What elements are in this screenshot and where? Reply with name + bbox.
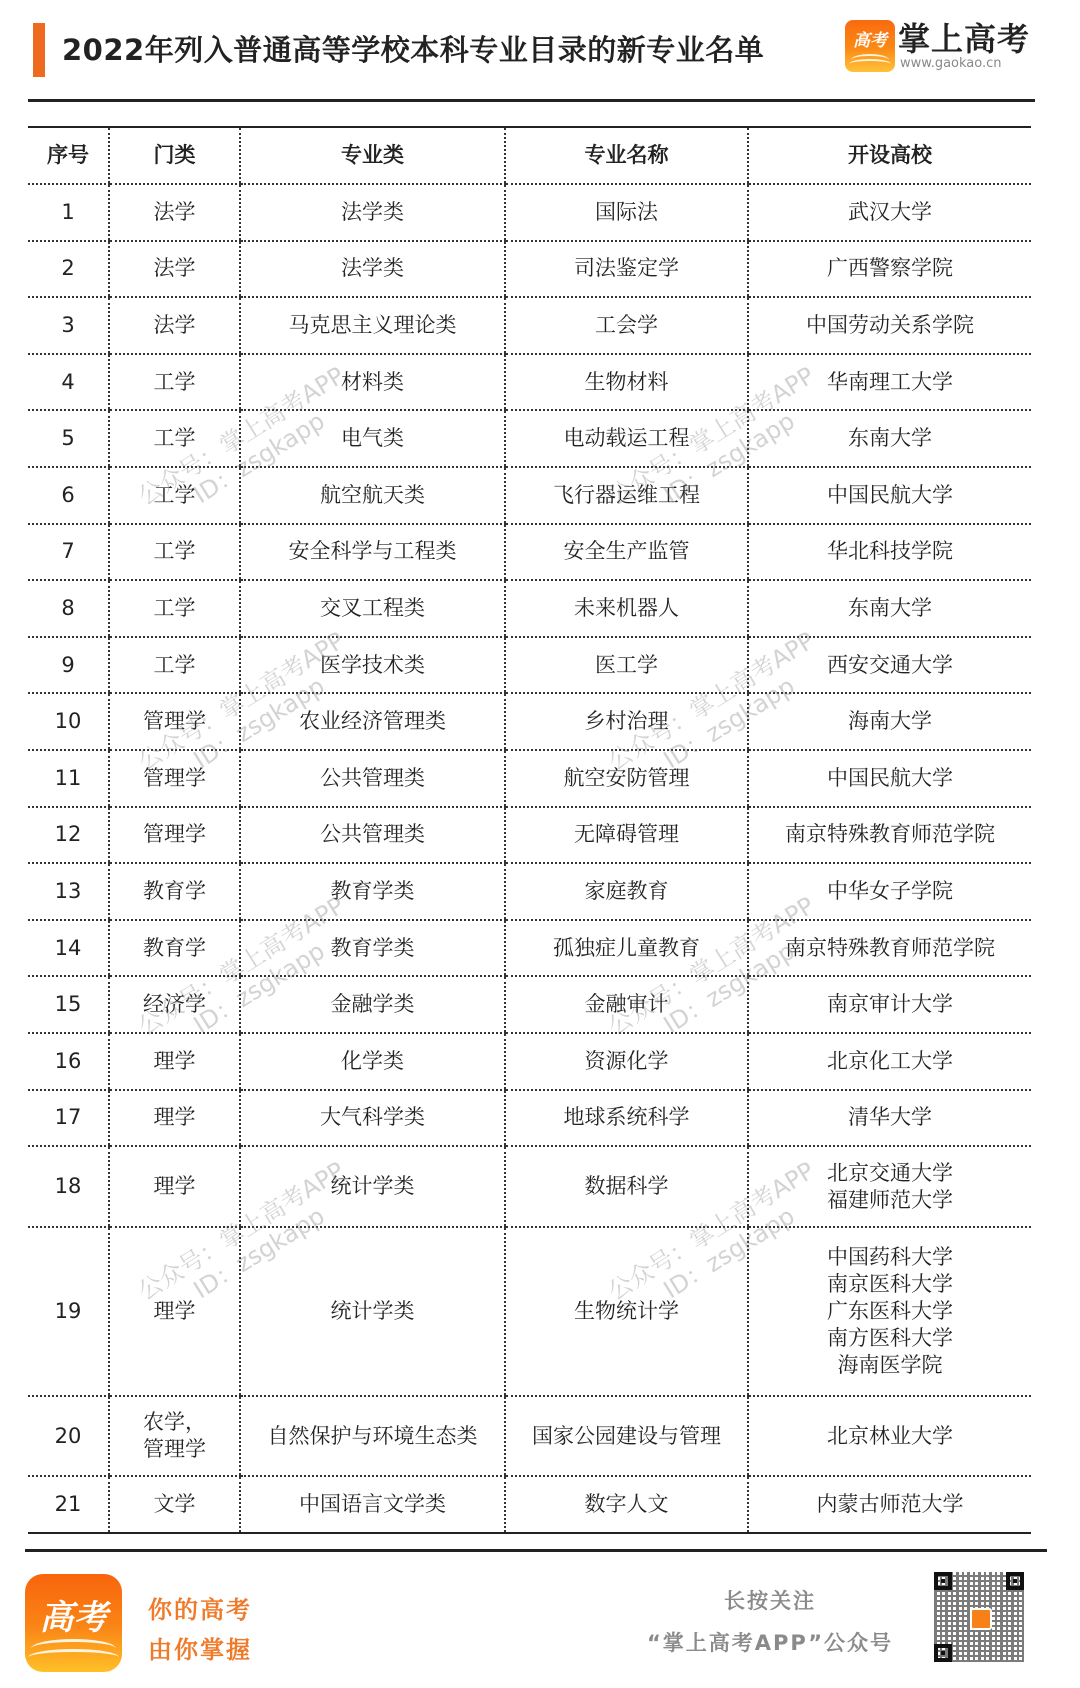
- cell-major: 乡村治理: [505, 693, 748, 750]
- cell-category: 经济学: [109, 976, 240, 1033]
- cell-schools: 南京审计大学: [748, 976, 1031, 1033]
- column-header-category: 门类: [109, 127, 240, 184]
- cell-major: 金融审计: [505, 976, 748, 1033]
- slogan-line2: 由你掌握: [148, 1630, 252, 1670]
- cell-major: 国际法: [505, 184, 748, 241]
- cell-major-class: 自然保护与环境生态类: [240, 1396, 505, 1476]
- table-row: 20农学，管理学自然保护与环境生态类国家公园建设与管理北京林业大学: [28, 1396, 1031, 1476]
- school-name: 广东医科大学: [749, 1298, 1031, 1325]
- cell-no: 5: [28, 410, 109, 467]
- book-icon-lower: [28, 1649, 119, 1666]
- header-divider: [28, 99, 1035, 102]
- brand-url: www.gaokao.cn: [900, 56, 1002, 72]
- cell-no: 15: [28, 976, 109, 1033]
- cell-schools: 清华大学: [748, 1090, 1031, 1147]
- school-name: 广西警察学院: [749, 255, 1031, 282]
- cell-schools: 中国民航大学: [748, 750, 1031, 807]
- table-row: 12管理学公共管理类无障碍管理南京特殊教育师范学院: [28, 807, 1031, 864]
- cell-schools: 广西警察学院: [748, 241, 1031, 298]
- qr-center-logo-icon: [970, 1608, 992, 1630]
- cell-schools: 南京特殊教育师范学院: [748, 920, 1031, 977]
- school-name: 福建师范大学: [749, 1187, 1031, 1214]
- table-row: 13教育学教育学类家庭教育中华女子学院: [28, 863, 1031, 920]
- cell-major-class: 教育学类: [240, 920, 505, 977]
- column-header-schools: 开设高校: [748, 127, 1031, 184]
- cell-major: 无障碍管理: [505, 807, 748, 864]
- cell-major-class: 金融学类: [240, 976, 505, 1033]
- cell-category: 农学，管理学: [109, 1396, 240, 1476]
- cell-major-class: 材料类: [240, 354, 505, 411]
- cell-major-class: 交叉工程类: [240, 580, 505, 637]
- school-name: 北京林业大学: [749, 1423, 1031, 1450]
- cell-category: 工学: [109, 410, 240, 467]
- cell-category: 理学: [109, 1090, 240, 1147]
- cell-schools: 北京化工大学: [748, 1033, 1031, 1090]
- table-header-row: 序号 门类 专业类 专业名称 开设高校: [28, 127, 1031, 184]
- cell-schools: 中国药科大学南京医科大学广东医科大学南方医科大学海南医学院: [748, 1227, 1031, 1396]
- table-row: 18理学统计学类数据科学北京交通大学福建师范大学: [28, 1146, 1031, 1227]
- school-name: 南京医科大学: [749, 1271, 1031, 1298]
- school-name: 海南大学: [749, 708, 1031, 735]
- footer-divider: [25, 1549, 1047, 1552]
- table-row: 11管理学公共管理类航空安防管理中国民航大学: [28, 750, 1031, 807]
- cell-major: 数据科学: [505, 1146, 748, 1227]
- cell-major: 医工学: [505, 637, 748, 694]
- cell-schools: 内蒙古师范大学: [748, 1476, 1031, 1533]
- cell-category: 法学: [109, 297, 240, 354]
- cell-schools: 华南理工大学: [748, 354, 1031, 411]
- cell-major-class: 电气类: [240, 410, 505, 467]
- cell-no: 20: [28, 1396, 109, 1476]
- cell-schools: 海南大学: [748, 693, 1031, 750]
- school-name: 西安交通大学: [749, 652, 1031, 679]
- school-name: 东南大学: [749, 595, 1031, 622]
- cell-no: 8: [28, 580, 109, 637]
- cell-category: 法学: [109, 184, 240, 241]
- cell-major-class: 医学技术类: [240, 637, 505, 694]
- table-row: 19理学统计学类生物统计学中国药科大学南京医科大学广东医科大学南方医科大学海南医…: [28, 1227, 1031, 1396]
- cell-schools: 西安交通大学: [748, 637, 1031, 694]
- school-name: 中国民航大学: [749, 765, 1031, 792]
- cell-category: 工学: [109, 637, 240, 694]
- school-name: 东南大学: [749, 425, 1031, 452]
- cell-major: 孤独症儿童教育: [505, 920, 748, 977]
- cell-no: 9: [28, 637, 109, 694]
- cell-major: 家庭教育: [505, 863, 748, 920]
- cell-category: 工学: [109, 467, 240, 524]
- category-line: 管理学: [110, 1436, 239, 1463]
- school-name: 南京特殊教育师范学院: [749, 821, 1031, 848]
- cell-schools: 华北科技学院: [748, 524, 1031, 581]
- app-logo-icon: 高考: [25, 1574, 122, 1672]
- table-row: 1法学法学类国际法武汉大学: [28, 184, 1031, 241]
- cell-major-class: 法学类: [240, 241, 505, 298]
- cell-category: 法学: [109, 241, 240, 298]
- cell-major: 飞行器运维工程: [505, 467, 748, 524]
- cell-no: 12: [28, 807, 109, 864]
- school-name: 中国药科大学: [749, 1244, 1031, 1271]
- table-row: 9工学医学技术类医工学西安交通大学: [28, 637, 1031, 694]
- cell-major-class: 公共管理类: [240, 807, 505, 864]
- slogan-line1: 你的高考: [148, 1590, 252, 1630]
- brand-name: 掌上高考: [898, 20, 1030, 58]
- school-name: 清华大学: [749, 1104, 1031, 1131]
- cell-no: 10: [28, 693, 109, 750]
- majors-table: 序号 门类 专业类 专业名称 开设高校 1法学法学类国际法武汉大学2法学法学类司…: [28, 126, 1031, 1534]
- cell-schools: 武汉大学: [748, 184, 1031, 241]
- cell-major-class: 农业经济管理类: [240, 693, 505, 750]
- cell-category: 工学: [109, 354, 240, 411]
- cell-major: 国家公园建设与管理: [505, 1396, 748, 1476]
- cell-major-class: 法学类: [240, 184, 505, 241]
- cell-category: 管理学: [109, 693, 240, 750]
- cell-schools: 北京林业大学: [748, 1396, 1031, 1476]
- cell-major-class: 公共管理类: [240, 750, 505, 807]
- table-row: 3法学马克思主义理论类工会学中国劳动关系学院: [28, 297, 1031, 354]
- cell-category: 教育学: [109, 920, 240, 977]
- cell-major-class: 教育学类: [240, 863, 505, 920]
- table-row: 8工学交叉工程类未来机器人东南大学: [28, 580, 1031, 637]
- brand-logo-icon: 高考: [845, 20, 895, 72]
- cell-no: 1: [28, 184, 109, 241]
- school-name: 中华女子学院: [749, 878, 1031, 905]
- qr-finder: [1006, 1572, 1024, 1590]
- cell-category: 理学: [109, 1227, 240, 1396]
- cell-no: 16: [28, 1033, 109, 1090]
- cell-category: 管理学: [109, 750, 240, 807]
- brand-logo-glyph: 高考: [845, 26, 895, 51]
- cell-major-class: 统计学类: [240, 1146, 505, 1227]
- cell-major: 资源化学: [505, 1033, 748, 1090]
- follow-line2: “掌上高考APP”公众号: [620, 1622, 920, 1664]
- cell-major-class: 航空航天类: [240, 467, 505, 524]
- table-row: 17理学大气科学类地球系统科学清华大学: [28, 1090, 1031, 1147]
- cell-no: 13: [28, 863, 109, 920]
- school-name: 内蒙古师范大学: [749, 1491, 1031, 1518]
- cell-schools: 东南大学: [748, 410, 1031, 467]
- qr-finder: [934, 1644, 952, 1662]
- table-row: 14教育学教育学类孤独症儿童教育南京特殊教育师范学院: [28, 920, 1031, 977]
- cell-category: 工学: [109, 524, 240, 581]
- follow-prompt: 长按关注 “掌上高考APP”公众号: [620, 1580, 920, 1664]
- school-name: 华北科技学院: [749, 538, 1031, 565]
- cell-no: 11: [28, 750, 109, 807]
- table-row: 21文学中国语言文学类数字人文内蒙古师范大学: [28, 1476, 1031, 1533]
- cell-major-class: 化学类: [240, 1033, 505, 1090]
- page-title: 2022年列入普通高等学校本科专业目录的新专业名单: [62, 30, 764, 70]
- school-name: 中国民航大学: [749, 482, 1031, 509]
- school-name: 武汉大学: [749, 199, 1031, 226]
- column-header-major: 专业名称: [505, 127, 748, 184]
- cell-no: 2: [28, 241, 109, 298]
- cell-schools: 东南大学: [748, 580, 1031, 637]
- column-header-no: 序号: [28, 127, 109, 184]
- cell-no: 14: [28, 920, 109, 977]
- table-row: 2法学法学类司法鉴定学广西警察学院: [28, 241, 1031, 298]
- cell-category: 理学: [109, 1033, 240, 1090]
- cell-major-class: 安全科学与工程类: [240, 524, 505, 581]
- cell-schools: 北京交通大学福建师范大学: [748, 1146, 1031, 1227]
- cell-no: 6: [28, 467, 109, 524]
- cell-no: 18: [28, 1146, 109, 1227]
- cell-category: 理学: [109, 1146, 240, 1227]
- table-row: 5工学电气类电动载运工程东南大学: [28, 410, 1031, 467]
- cell-major: 航空安防管理: [505, 750, 748, 807]
- cell-schools: 南京特殊教育师范学院: [748, 807, 1031, 864]
- slogan: 你的高考 由你掌握: [148, 1590, 252, 1670]
- school-name: 华南理工大学: [749, 369, 1031, 396]
- cell-major-class: 中国语言文学类: [240, 1476, 505, 1533]
- cell-schools: 中国劳动关系学院: [748, 297, 1031, 354]
- cell-category: 文学: [109, 1476, 240, 1533]
- cell-major: 司法鉴定学: [505, 241, 748, 298]
- follow-line1: 长按关注: [620, 1580, 920, 1622]
- cell-major: 生物材料: [505, 354, 748, 411]
- table-row: 16理学化学类资源化学北京化工大学: [28, 1033, 1031, 1090]
- cell-schools: 中国民航大学: [748, 467, 1031, 524]
- cell-no: 4: [28, 354, 109, 411]
- table-row: 10管理学农业经济管理类乡村治理海南大学: [28, 693, 1031, 750]
- cell-no: 21: [28, 1476, 109, 1533]
- category-line: 农学，: [110, 1409, 239, 1436]
- school-name: 中国劳动关系学院: [749, 312, 1031, 339]
- column-header-major-class: 专业类: [240, 127, 505, 184]
- cell-schools: 中华女子学院: [748, 863, 1031, 920]
- book-icon-lower: [849, 59, 891, 69]
- cell-major: 安全生产监管: [505, 524, 748, 581]
- table-row: 6工学航空航天类飞行器运维工程中国民航大学: [28, 467, 1031, 524]
- cell-major-class: 大气科学类: [240, 1090, 505, 1147]
- school-name: 南京特殊教育师范学院: [749, 935, 1031, 962]
- school-name: 南方医科大学: [749, 1325, 1031, 1352]
- cell-no: 17: [28, 1090, 109, 1147]
- cell-category: 工学: [109, 580, 240, 637]
- qr-code-icon[interactable]: [934, 1572, 1024, 1662]
- cell-major: 地球系统科学: [505, 1090, 748, 1147]
- cell-no: 7: [28, 524, 109, 581]
- cell-no: 3: [28, 297, 109, 354]
- table-row: 15经济学金融学类金融审计南京审计大学: [28, 976, 1031, 1033]
- cell-major: 电动载运工程: [505, 410, 748, 467]
- cell-major-class: 马克思主义理论类: [240, 297, 505, 354]
- school-name: 海南医学院: [749, 1352, 1031, 1379]
- cell-major: 数字人文: [505, 1476, 748, 1533]
- cell-major-class: 统计学类: [240, 1227, 505, 1396]
- table-row: 7工学安全科学与工程类安全生产监管华北科技学院: [28, 524, 1031, 581]
- school-name: 北京化工大学: [749, 1048, 1031, 1075]
- school-name: 南京审计大学: [749, 991, 1031, 1018]
- qr-finder: [934, 1572, 952, 1590]
- app-logo-glyph: 高考: [25, 1590, 122, 1639]
- cell-major: 生物统计学: [505, 1227, 748, 1396]
- school-name: 北京交通大学: [749, 1160, 1031, 1187]
- cell-category: 管理学: [109, 807, 240, 864]
- cell-no: 19: [28, 1227, 109, 1396]
- title-accent-bar: [33, 23, 45, 77]
- table-row: 4工学材料类生物材料华南理工大学: [28, 354, 1031, 411]
- cell-category: 教育学: [109, 863, 240, 920]
- cell-major: 未来机器人: [505, 580, 748, 637]
- cell-major: 工会学: [505, 297, 748, 354]
